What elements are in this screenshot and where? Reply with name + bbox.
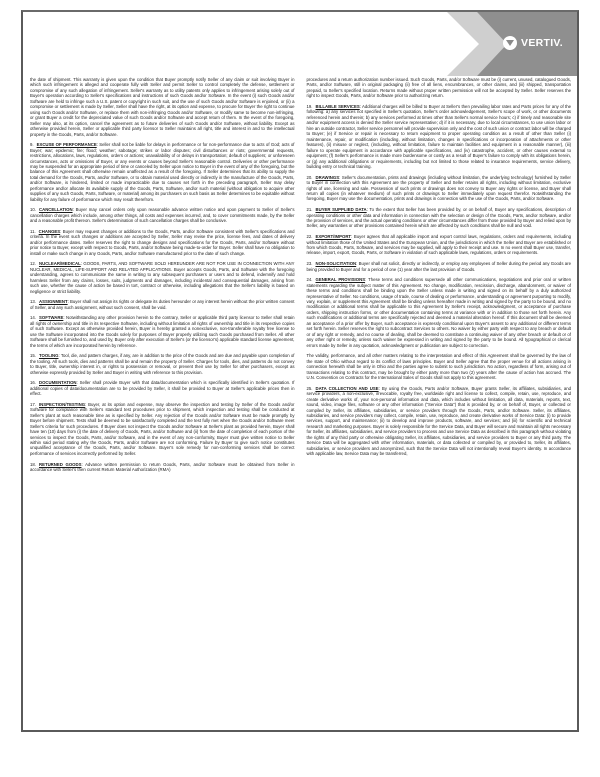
section-paragraph: 19.BILLABLE SERVICES: Additional charges…	[307, 104, 572, 169]
section-number: 18.	[30, 462, 36, 467]
section-title: CHANGES	[39, 229, 61, 234]
section-number: 19.	[307, 104, 313, 109]
section-text: The validity, performance, and all other…	[307, 353, 572, 380]
section-paragraph: 15.TOOLING: Tool, die, and pattern charg…	[30, 353, 295, 375]
continuation-paragraph: The validity, performance, and all other…	[307, 353, 572, 380]
section-paragraph: 25.DATA COLLECTION AND USE: By using the…	[307, 386, 572, 457]
section-number: 22.	[307, 234, 313, 239]
section-number: 10.	[30, 207, 36, 212]
section-title: SOFTWARE	[39, 315, 63, 320]
section-title: EXPORT/IMPORT	[315, 234, 351, 239]
header-band: VERTIV.	[23, 12, 577, 76]
section-number: 15.	[30, 353, 36, 358]
brand-name: VERTIV.	[521, 37, 563, 49]
section-paragraph: 14.SOFTWARE: Notwithstanding any other p…	[30, 315, 295, 348]
section-number: 24.	[307, 277, 313, 282]
section-paragraph: 12.NUCLEAR/MEDICAL: GOODS, PARTS, AND SO…	[30, 261, 295, 294]
section-title: EXCUSE OF PERFORMANCE	[37, 142, 97, 147]
section-text: : Buyer shall not assign its rights or d…	[30, 299, 295, 309]
section-number: 25.	[307, 386, 313, 391]
section-paragraph: 11.CHANGES: Buyer may request changes or…	[30, 229, 295, 256]
section-paragraph: 23.NON-SOLICITATION: Buyer shall not sol…	[307, 261, 572, 272]
right-column: procedures and a return authorization nu…	[307, 77, 572, 724]
section-number: 23.	[307, 261, 313, 266]
section-title: INSPECTION/TESTING	[39, 402, 85, 407]
section-text: : Buyer, at its option and expense, may …	[30, 402, 295, 456]
section-title: DOCUMENTATION	[39, 380, 77, 385]
header-graphic: VERTIV.	[447, 12, 577, 76]
section-number: 11.	[30, 229, 36, 234]
section-paragraph: 20.DRAWINGS: Seller's documentation, pri…	[307, 175, 572, 202]
section-paragraph: 10.CANCELLATION: Buyer may cancel orders…	[30, 207, 295, 223]
left-column: the date of shipment. This warranty is g…	[30, 77, 295, 724]
section-text: : Buyer may request changes or additions…	[30, 229, 295, 256]
section-text: : By using the Goods, Parts and/or Softw…	[307, 386, 572, 456]
section-paragraph: 18.RETURNED GOODS: Advance written permi…	[30, 462, 295, 473]
section-text: the date of shipment. This warranty is g…	[30, 77, 295, 137]
vertiv-mark-icon	[503, 36, 517, 50]
section-number: 17.	[30, 402, 36, 407]
vertiv-logo: VERTIV.	[503, 36, 563, 50]
section-paragraph: 22.EXPORT/IMPORT: Buyer agrees that all …	[307, 234, 572, 256]
section-paragraph: 24.GENERAL PROVISIONS: These terms and c…	[307, 277, 572, 348]
section-text: : These terms and conditions supersede a…	[307, 277, 572, 347]
section-paragraph: 21.BUYER SUPPLIED DATA: To the extent th…	[307, 207, 572, 229]
section-text: procedures and a return authorization nu…	[307, 77, 572, 98]
section-text: : Seller's documentation, prints and dra…	[307, 175, 572, 202]
section-number: 13.	[30, 299, 36, 304]
section-text: : Seller shall not be liable for delays …	[30, 142, 295, 202]
section-title: CANCELLATION	[39, 207, 73, 212]
section-paragraph: 17.INSPECTION/TESTING: Buyer, at its opt…	[30, 402, 295, 457]
section-title: BILLABLE SERVICES	[315, 104, 359, 109]
section-number: 12.	[30, 261, 36, 266]
section-paragraph: 16.DOCUMENTATION: Seller shall provide B…	[30, 380, 295, 396]
section-text: : Tool, die, and pattern charges, if any…	[30, 353, 295, 374]
document-page: VERTIV. the date of shipment. This warra…	[21, 10, 579, 732]
section-title: NUCLEAR/MEDICAL	[39, 261, 81, 266]
section-text: : GOODS, PARTS, AND SOFTWARE SOLD HEREUN…	[30, 261, 295, 293]
section-number: 16.	[30, 380, 36, 385]
section-text: : Notwithstanding any other provision he…	[30, 315, 295, 347]
section-number: 21.	[307, 207, 313, 212]
section-paragraph: 9.EXCUSE OF PERFORMANCE: Seller shall no…	[30, 142, 295, 202]
section-number: 20.	[307, 175, 313, 180]
section-text: : Additional charges will be billed to B…	[307, 104, 572, 169]
section-title: DATA COLLECTION AND USE	[315, 386, 378, 391]
section-title: ASSIGNMENT	[39, 299, 68, 304]
section-title: GENERAL PROVISIONS	[315, 277, 365, 282]
section-title: TOOLING	[39, 353, 59, 358]
section-number: 9.	[30, 142, 34, 147]
section-paragraph: 13.ASSIGNMENT: Buyer shall not assign it…	[30, 299, 295, 310]
continuation-paragraph: the date of shipment. This warranty is g…	[30, 77, 295, 137]
section-title: BUYER SUPPLIED DATA	[315, 207, 366, 212]
section-number: 14.	[30, 315, 36, 320]
section-title: RETURNED GOODS	[39, 462, 82, 467]
continuation-paragraph: procedures and a return authorization nu…	[307, 77, 572, 99]
section-title: DRAWINGS	[315, 175, 339, 180]
terms-body: the date of shipment. This warranty is g…	[30, 77, 571, 724]
section-title: NON-SOLICITATION	[315, 261, 356, 266]
